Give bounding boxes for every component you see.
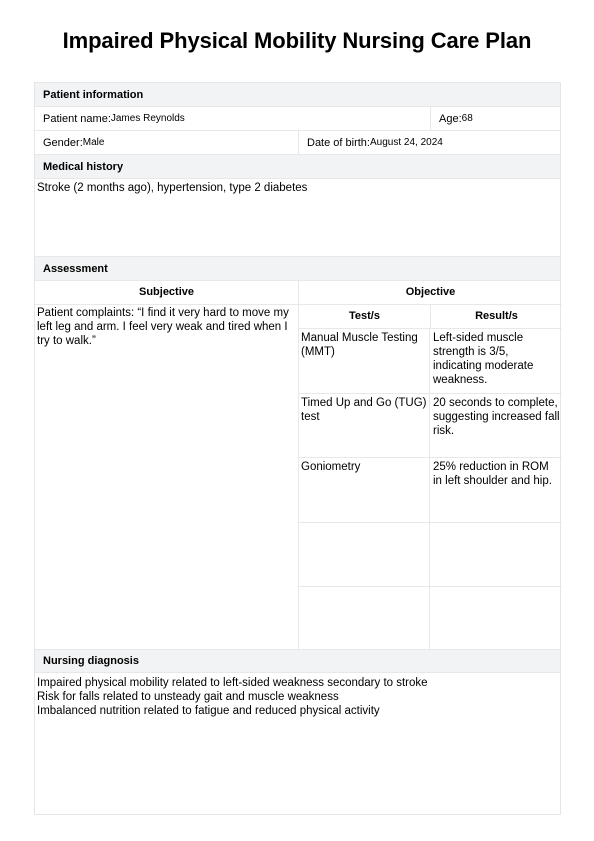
- age-label: Age:: [439, 113, 462, 125]
- dob-field[interactable]: Date of birth:August 24, 2024: [299, 131, 562, 154]
- objective-column: Objective Test/s Result/s Manual Muscle …: [299, 281, 562, 649]
- result-cell[interactable]: 20 seconds to complete, suggesting incre…: [431, 394, 562, 458]
- gender-dob-row: Gender:Male Date of birth:August 24, 202…: [35, 131, 560, 155]
- objective-row: [299, 523, 562, 588]
- objective-row: [299, 587, 562, 652]
- diagnosis-item: Impaired physical mobility related to le…: [37, 676, 558, 690]
- name-age-row: Patient name:James Reynolds Age:68: [35, 107, 560, 131]
- patient-name-field[interactable]: Patient name:James Reynolds: [35, 107, 431, 130]
- dob-value: August 24, 2024: [370, 137, 443, 148]
- gender-label: Gender:: [43, 137, 83, 149]
- tests-header: Test/s: [299, 305, 431, 328]
- diagnosis-item: Risk for falls related to unsteady gait …: [37, 690, 558, 704]
- nursing-diagnosis-list: Impaired physical mobility related to le…: [35, 673, 560, 721]
- result-cell[interactable]: Left-sided muscle strength is 3/5, indic…: [431, 329, 562, 393]
- patient-name-value: James Reynolds: [111, 113, 185, 124]
- page-title: Impaired Physical Mobility Nursing Care …: [0, 28, 594, 54]
- test-cell[interactable]: Timed Up and Go (TUG) test: [299, 394, 430, 458]
- diagnosis-item: Imbalanced nutrition related to fatigue …: [37, 704, 558, 718]
- subjective-text[interactable]: Patient complaints: “I find it very hard…: [35, 305, 298, 349]
- test-cell[interactable]: [299, 587, 430, 652]
- gender-value: Male: [83, 137, 105, 148]
- medical-history-heading: Medical history: [35, 155, 560, 179]
- assessment-heading: Assessment: [35, 257, 560, 281]
- subjective-column: Subjective Patient complaints: “I find i…: [35, 281, 299, 649]
- objective-row: Manual Muscle Testing (MMT)Left-sided mu…: [299, 329, 562, 394]
- assessment-body: Subjective Patient complaints: “I find i…: [35, 281, 560, 649]
- result-cell[interactable]: [431, 587, 562, 652]
- gender-field[interactable]: Gender:Male: [35, 131, 299, 154]
- dob-label: Date of birth:: [307, 137, 370, 149]
- age-field[interactable]: Age:68: [431, 107, 562, 130]
- medical-history-text: Stroke (2 months ago), hypertension, typ…: [35, 179, 560, 197]
- results-header: Result/s: [431, 305, 562, 328]
- test-cell[interactable]: Manual Muscle Testing (MMT): [299, 329, 430, 393]
- subjective-label: Subjective: [35, 281, 298, 305]
- objective-row: Timed Up and Go (TUG) test20 seconds to …: [299, 394, 562, 459]
- test-cell[interactable]: [299, 523, 430, 587]
- nursing-diagnosis-field[interactable]: Impaired physical mobility related to le…: [35, 673, 560, 814]
- patient-info-heading: Patient information: [35, 83, 560, 107]
- objective-label: Objective: [299, 281, 562, 305]
- patient-name-label: Patient name:: [43, 113, 111, 125]
- nursing-diagnosis-heading: Nursing diagnosis: [35, 649, 560, 673]
- test-cell[interactable]: Goniometry: [299, 458, 430, 522]
- age-value: 68: [462, 113, 473, 124]
- care-plan-form: Patient information Patient name:James R…: [34, 82, 561, 815]
- objective-column-headers: Test/s Result/s: [299, 305, 562, 329]
- medical-history-field[interactable]: Stroke (2 months ago), hypertension, typ…: [35, 179, 560, 257]
- result-cell[interactable]: [431, 523, 562, 587]
- result-cell[interactable]: 25% reduction in ROM in left shoulder an…: [431, 458, 562, 522]
- objective-row: Goniometry25% reduction in ROM in left s…: [299, 458, 562, 523]
